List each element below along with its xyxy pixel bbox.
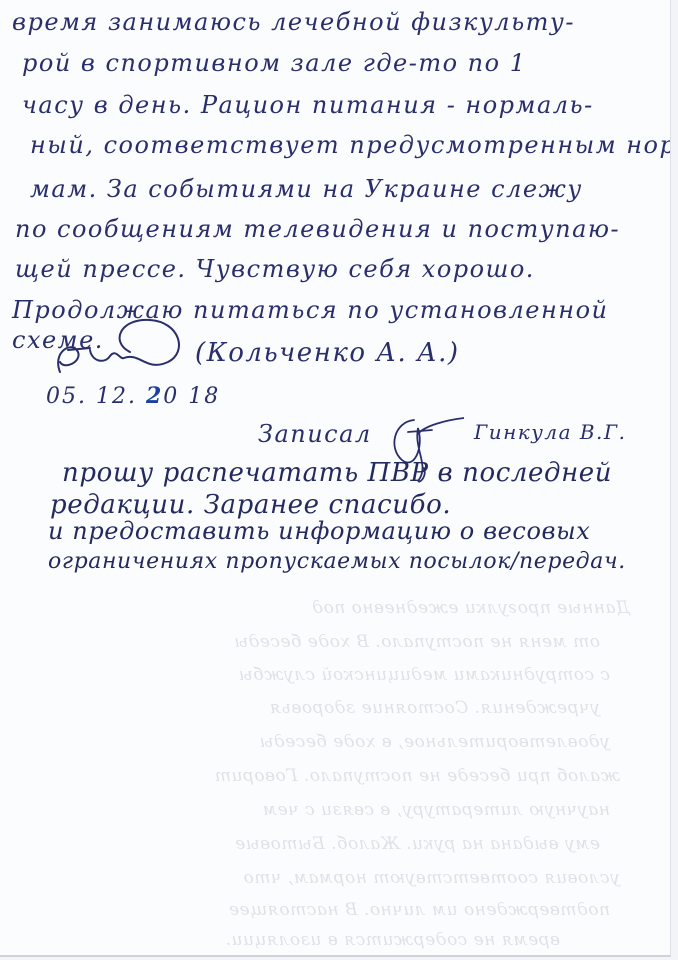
body-line: ный, соответствует предусмотренным нор- <box>30 131 671 159</box>
bleed-line: от меня не поступало. В ходе беседы <box>234 632 600 652</box>
body-line: часу в день. Рацион питания - нормаль- <box>22 91 594 119</box>
scanned-letter-page: Данные прогулки ежедневно под от меня не… <box>0 0 671 957</box>
request-line: и предоставить информацию о весовых <box>48 517 590 545</box>
bleed-line: научную литературу, в связи с чем <box>263 800 610 820</box>
bleed-line: удовлетворительное, в ходе беседы <box>259 732 610 752</box>
body-line: рой в спортивном зале где-то по 1 <box>22 49 526 77</box>
signature-date: 05. 12. 20 18 <box>46 383 220 409</box>
body-line: мам. За событиями на Украине слежу <box>30 175 583 203</box>
request-line: ограничениях пропускаемых посылок/переда… <box>48 549 626 574</box>
author-name: (Кольченко А. А.) <box>195 338 460 368</box>
request-line: редакции. Заранее спасибо. <box>50 490 451 520</box>
date-part: 05. 12. <box>46 384 146 409</box>
bleed-line: жалоб при беседе не поступало. Говорит <box>214 766 620 786</box>
body-line: по сообщениям телевидения и поступаю- <box>15 215 620 243</box>
bleed-line: условия соответствуют нормам, что <box>243 868 620 888</box>
date-part: 0 18 <box>163 384 220 409</box>
date-part-overwritten: 2 <box>146 383 163 409</box>
bleed-line: учреждения. Состояние здоровья <box>269 698 600 718</box>
bleed-line: ему выдана на руки. Жалоб. Бытовые <box>235 834 600 854</box>
bleed-line: подтверждено им лично. В настоящее <box>229 900 610 920</box>
bleed-line: время не содержится в изоляции. <box>225 930 560 950</box>
bleed-line: с сотрудниками медицинской службы <box>238 665 610 685</box>
recorder-name: Гинкула В.Г. <box>474 420 627 444</box>
bleed-line: Данные прогулки ежедневно под <box>312 598 630 618</box>
request-line: прошу распечатать ПВР в последней <box>62 458 612 488</box>
body-line: щей прессе. Чувствую себя хорошо. <box>15 255 535 283</box>
recorded-by-label: Записал <box>258 420 372 448</box>
author-signature-icon <box>50 312 190 382</box>
body-line: время занимаюсь лечебной физкульту- <box>12 8 575 36</box>
